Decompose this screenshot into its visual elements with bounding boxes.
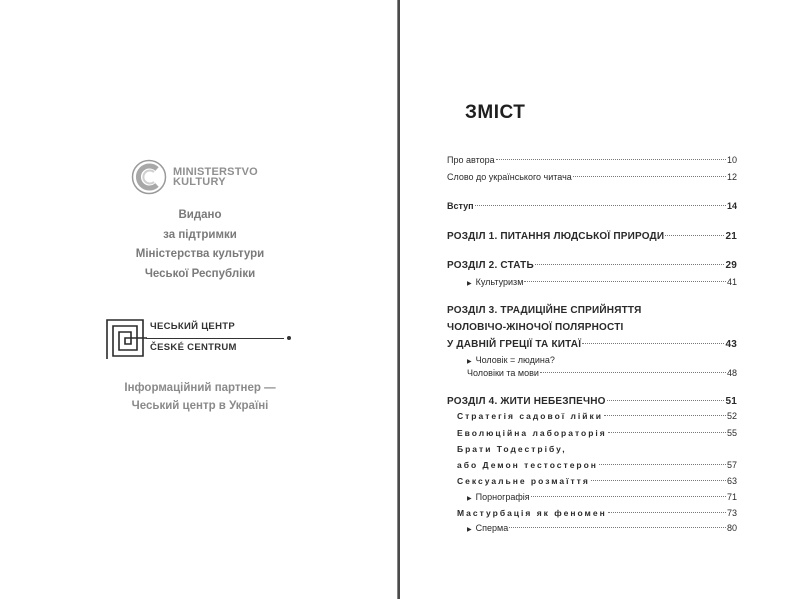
triangle-bullet-icon: ▶ [467,495,472,502]
toc-entry-label: РОЗДІЛ 3. ТРАДИЦІЙНЕ СПРИЙНЯТТЯ [447,305,641,316]
toc-entry: РОЗДІЛ 3. ТРАДИЦІЙНЕ СПРИЙНЯТТЯ [447,305,737,321]
toc-entry-page: 43 [725,339,737,350]
triangle-bullet-icon: ▶ [467,280,472,287]
toc-entry: Вступ14 [447,201,737,217]
dot-leader [509,527,726,528]
toc-title: ЗМІСТ [465,102,525,124]
toc-entry-label: Чоловіки та мови [467,368,539,378]
toc-entry-label: Сперма [476,523,509,533]
czech-centre-name-cz: ČESKÉ CENTRUM [150,342,237,353]
toc-entry-page: 29 [725,260,737,271]
dot-leader [599,464,726,465]
toc-entry-page: 80 [727,523,737,533]
ministry-logo-line2: KULTURY [173,177,258,187]
support-line: Чеської Республіки [110,265,290,285]
dot-leader [665,235,724,236]
toc-entry: Сексуальне розмаїття63 [457,476,737,492]
toc-entry-label: РОЗДІЛ 2. СТАТЬ [447,260,534,271]
support-line: за підтримки [110,226,290,246]
dot-leader [540,372,726,373]
toc-entry-page: 52 [727,411,737,421]
toc-entry: РОЗДІЛ 2. СТАТЬ29 [447,260,737,276]
czech-centre-name-ua: ЧЕСЬКИЙ ЦЕНТР [150,321,235,332]
toc-entry-label: Мастурбація як феномен [457,508,607,518]
dot-leader [608,512,726,513]
partner-line: Інформаційний партнер — [95,379,305,397]
ministry-c-logo-icon [131,159,167,195]
dot-leader [475,205,726,206]
toc-entry-label: Про автора [447,155,495,165]
dot-leader [608,432,726,433]
triangle-bullet-icon: ▶ [467,358,472,365]
toc-entry-page: 41 [727,277,737,287]
toc-entry: або Демон тестостерон57 [457,460,737,476]
toc-entry: Про автора10 [447,155,737,171]
toc-entry: РОЗДІЛ 4. ЖИТИ НЕБЕЗПЕЧНО51 [447,396,737,412]
toc-entry: Стратегія садової лійки52 [457,411,737,427]
toc-entry-label: У ДАВНІЙ ГРЕЦІЇ ТА КИТАЇ [447,339,581,350]
dot-leader [604,415,726,416]
czech-centre-rule [146,338,284,339]
toc-entry: Брати Тодестрібу, [457,444,737,460]
dot-leader [524,281,726,282]
czech-centre-spiral-icon [104,318,148,360]
toc-entry: ▶Сперма80 [467,523,737,539]
toc-entry-page: 51 [725,396,737,407]
dot-leader [582,343,724,344]
toc-entry-label: Слово до українського читача [447,172,572,182]
toc-entry: Мастурбація як феномен73 [457,508,737,524]
toc-entry-page: 57 [727,460,737,470]
information-partner: Інформаційний партнер — Чеський центр в … [95,379,305,415]
triangle-bullet-icon: ▶ [467,526,472,533]
ministry-of-culture-logo: MINISTERSTVO KULTURY [131,159,258,195]
toc-entry-page: 71 [727,492,737,502]
dot-leader [535,264,725,265]
toc-entry: ▶Культуризм41 [467,277,737,293]
toc-entry: Еволюційна лабораторія55 [457,428,737,444]
book-spread: MINISTERSTVO KULTURY Видано за підтримки… [0,0,800,599]
toc-entry: ЧОЛОВІЧО-ЖІНОЧОЇ ПОЛЯРНОСТІ [447,322,737,338]
czech-centre-logo: ЧЕСЬКИЙ ЦЕНТР ČESKÉ CENTRUM [104,318,294,358]
ministry-logo-text: MINISTERSTVO KULTURY [173,167,258,187]
toc-entry-label: ЧОЛОВІЧО-ЖІНОЧОЇ ПОЛЯРНОСТІ [447,322,624,333]
dot-leader [607,400,725,401]
dot-leader [573,176,726,177]
support-statement: Видано за підтримки Міністерства культур… [110,206,290,284]
toc-entry: Слово до українського читача12 [447,172,737,188]
toc-entry: У ДАВНІЙ ГРЕЦІЇ ТА КИТАЇ43 [447,339,737,355]
dot-leader [591,480,726,481]
toc-entry-label: РОЗДІЛ 4. ЖИТИ НЕБЕЗПЕЧНО [447,396,606,407]
toc-entry: РОЗДІЛ 1. ПИТАННЯ ЛЮДСЬКОЇ ПРИРОДИ21 [447,231,737,247]
dot-leader [496,159,726,160]
toc-entry-label: Еволюційна лабораторія [457,428,607,438]
toc-entry: ▶Порнографія71 [467,492,737,508]
toc-entry-page: 73 [727,508,737,518]
toc-entry-page: 10 [727,155,737,165]
toc-entry-page: 63 [727,476,737,486]
toc-entry-page: 48 [727,368,737,378]
toc-entry-label: Культуризм [476,277,524,287]
czech-centre-dot [287,336,291,340]
dot-leader [531,496,726,497]
toc-entry-page: 55 [727,428,737,438]
toc-entry-label: Брати Тодестрібу, [457,444,567,454]
toc-entry-page: 21 [725,231,737,242]
left-page: MINISTERSTVO KULTURY Видано за підтримки… [0,0,397,599]
toc-entry: Чоловіки та мови48 [467,368,737,384]
toc-entry-label: Стратегія садової лійки [457,411,603,421]
toc-entry-page: 12 [727,172,737,182]
toc-entry-page: 14 [727,201,737,211]
toc-entry-label: або Демон тестостерон [457,460,598,470]
support-line: Міністерства культури [110,245,290,265]
toc-entry-label: Чоловік = людина? [476,355,555,365]
partner-line: Чеський центр в Україні [95,397,305,415]
toc-entry-label: Вступ [447,201,474,211]
support-line: Видано [110,206,290,226]
toc-entry-label: Порнографія [476,492,530,502]
toc-entry-label: РОЗДІЛ 1. ПИТАННЯ ЛЮДСЬКОЇ ПРИРОДИ [447,231,664,242]
toc-entry-label: Сексуальне розмаїття [457,476,590,486]
